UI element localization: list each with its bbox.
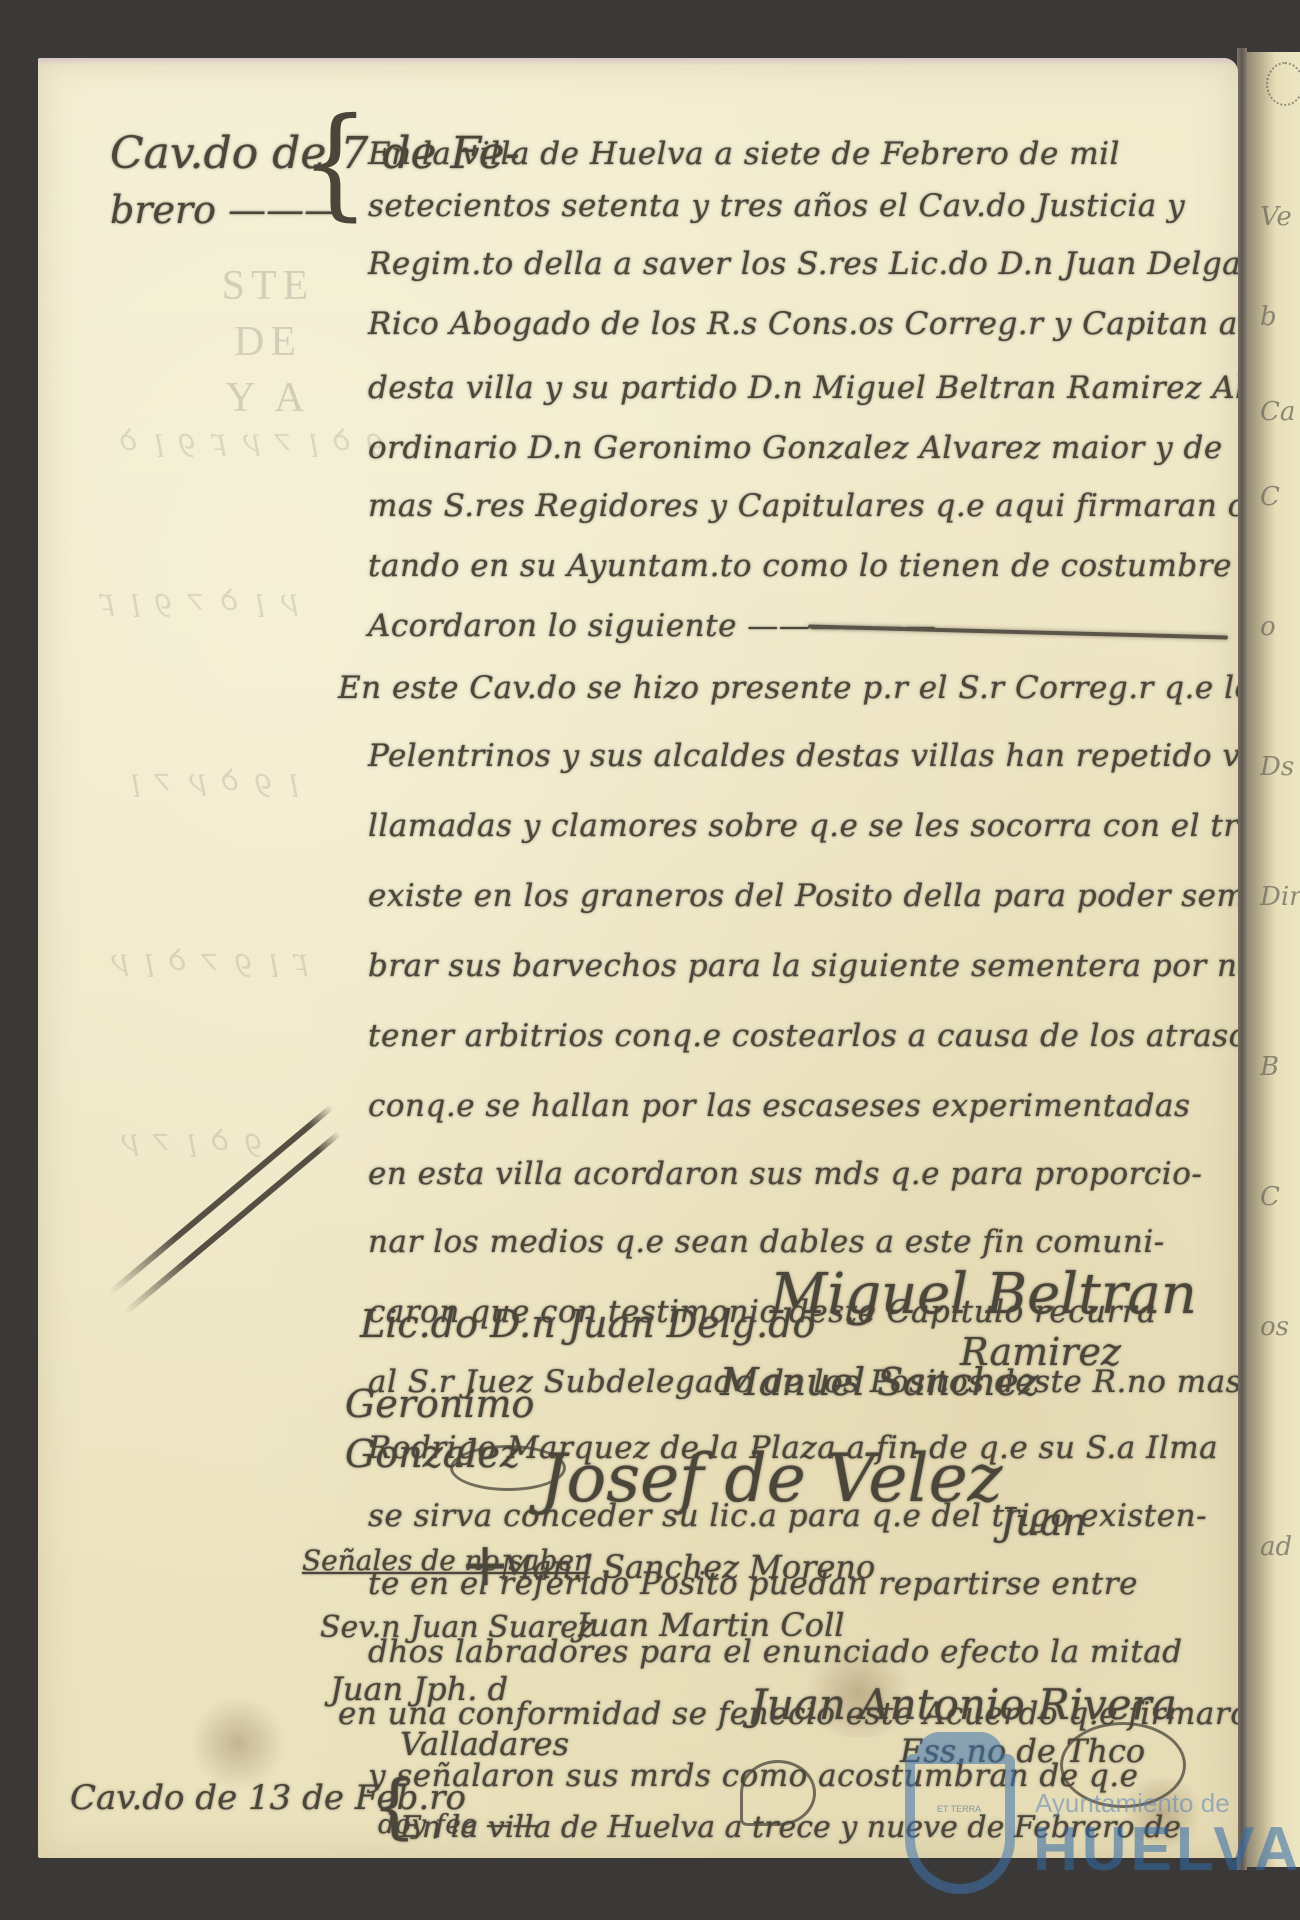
body-line: En este Cav.do se hizo presente p.r el S…	[338, 670, 1238, 706]
margin-brace: {	[300, 92, 370, 233]
body-line: Pelentrinos y sus alcaldes destas villas…	[368, 738, 1238, 774]
body-line: tener arbitrios conq.e costearlos a caus…	[368, 1018, 1238, 1054]
right-page-fragment: os	[1260, 1312, 1289, 1342]
body-line: desta villa y su partido D.n Miguel Belt…	[368, 370, 1238, 406]
right-page-fragment: Dir	[1260, 882, 1300, 912]
body-line: tando en su Ayuntam.to como lo tienen de…	[368, 548, 1232, 584]
right-page-fragment: Ca	[1260, 397, 1295, 427]
body-line: caron que con testimonio deste Capitulo …	[368, 1294, 1156, 1330]
adjacent-page-strip: Ve b Ca C o Ds Dir B C os ad	[1246, 52, 1300, 1867]
body-line: conq.e se hallan por las escaseses exper…	[368, 1088, 1190, 1124]
body-line: Regim.to della a saver los S.res Lic.do …	[368, 246, 1238, 282]
body-line: mas S.res Regidores y Capitulares q.e aq…	[368, 488, 1238, 524]
body-line: en una conformidad se fenecio este Acuer…	[338, 1696, 1238, 1732]
body-line: nar los medios q.e sean dables a este fi…	[368, 1224, 1165, 1260]
right-page-fragment: Ds	[1260, 752, 1294, 782]
bleed-through-text: ꝼ ꞁ ꝯ ⁊ ꝺ ꞁ ꝩ	[108, 938, 309, 979]
right-page-fragment: ad	[1260, 1532, 1292, 1562]
body-line: En la villa de Huelva a siete de Febrero…	[368, 136, 1120, 172]
book-gutter	[1237, 48, 1247, 1870]
corner-stamp	[1266, 62, 1300, 106]
ink-stain	[188, 1698, 288, 1788]
body-line: dhos labradores para el enunciado efecto…	[368, 1634, 1183, 1670]
right-page-fragment: o	[1260, 612, 1276, 642]
body-line: llamadas y clamores sobre q.e se les soc…	[368, 808, 1238, 844]
bleed-through-text: ꝩ ꞁ ꝺ ⁊ ꝯ ꞁ ꝼ	[98, 578, 299, 619]
stamp-line: Y A	[198, 370, 338, 426]
body-line: y señalaron sus mrds como acostumbran de…	[368, 1758, 1138, 1794]
right-page-fragment: C	[1260, 482, 1280, 512]
body-line: ordinario D.n Geronimo Gonzalez Alvarez …	[368, 430, 1223, 466]
body-line: doy fee ——	[378, 1810, 539, 1840]
body-line: Rico Abogado de los R.s Cons.os Correg.r…	[368, 306, 1238, 342]
bleed-through-text: ꞁ ꝯ ꝺ ꝩ ⁊ ꞁ	[128, 758, 299, 799]
right-page-fragment: b	[1260, 302, 1277, 332]
bleed-through-text: ꝯ ꝺ ꞁ ⁊ ꝩ	[118, 1118, 264, 1159]
body-line: en esta villa acordaron sus mds q.e para…	[368, 1156, 1202, 1192]
body-line: te en el referido Posito puedan repartir…	[368, 1566, 1138, 1602]
body-line: existe en los graneros del Posito della …	[368, 878, 1238, 914]
body-line: setecientos setenta y tres años el Cav.d…	[368, 188, 1185, 224]
body-line: al S.r Juez Subdelegado de los Positos d…	[368, 1364, 1238, 1400]
right-page-fragment: B	[1260, 1052, 1279, 1082]
stamp-line: DE	[198, 314, 338, 370]
body-line: se sirva conceder su lic.a para q.e del …	[368, 1498, 1207, 1534]
manuscript-page: ꝯ ꝺ ꞁ ⁊ ꝩ ꝼ ꝯ ꞁ ꝺ ꝩ ꞁ ꝺ ⁊ ꝯ ꞁ ꝼ ꞁ ꝯ ꝺ ꝩ …	[38, 58, 1238, 1858]
body-line: Rodrigo Marquez de la Plaza a fin de q.e…	[368, 1430, 1218, 1466]
body-line: brar sus barvechos para la siguiente sem…	[368, 948, 1238, 984]
faint-printed-stamp: STE DE Y A	[198, 258, 338, 426]
right-page-fragment: C	[1260, 1182, 1280, 1212]
stamp-line: STE	[198, 258, 338, 314]
right-page-fragment: Ve	[1260, 202, 1292, 232]
